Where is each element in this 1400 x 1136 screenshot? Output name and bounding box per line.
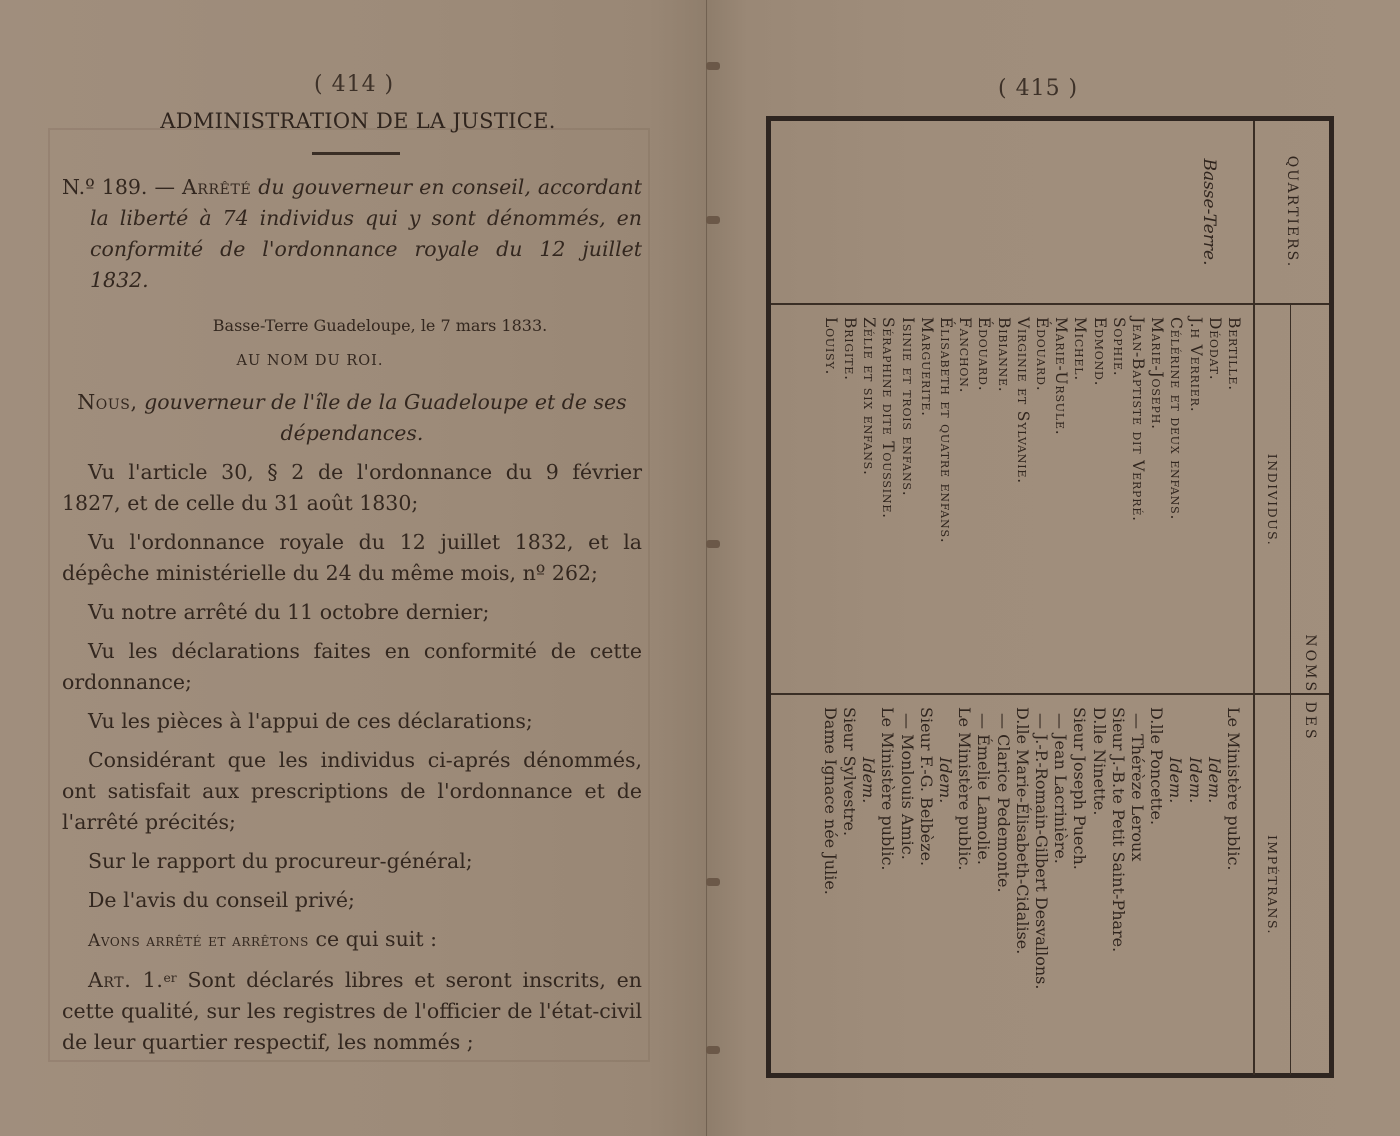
list-item: Sieur J.-B.te Petit Saint-Phare. — [1109, 707, 1128, 1067]
entry-name: Jean Lacrinière. — [1051, 734, 1070, 864]
list-item: Edmond. — [1089, 317, 1108, 687]
list-item: Le Ministère public. — [878, 707, 897, 1067]
entry-name: Monlouis Amic. — [898, 734, 917, 860]
list-item: Idem. — [859, 707, 878, 1067]
list-item: Séraphine dite Toussine. — [878, 317, 897, 687]
entry-name: Marie-Élisabeth-Cidalise. — [1013, 749, 1032, 954]
entry-name: J.-B.te Petit Saint-Phare. — [1109, 756, 1128, 953]
list-item: Édouard. — [974, 317, 993, 687]
list-item: Édouard. — [1032, 317, 1051, 687]
entry-prefix: Dame — [821, 707, 840, 754]
entry-name: Idem. — [1186, 757, 1205, 803]
entry-name: Sylvestre. — [840, 756, 859, 836]
decree-title: N.º 189. — Arrêté du gouverneur en conse… — [62, 172, 642, 296]
entry-prefix: — — [898, 713, 917, 729]
list-item: Zélie et six enfans. — [859, 317, 878, 687]
list-item: Idem. — [1205, 707, 1224, 1067]
list-item: D.lle Marie-Élisabeth-Cidalise. — [1013, 707, 1032, 1067]
binding-stitch — [706, 878, 720, 886]
list-item: Jean-Baptiste dit Verpré. — [1128, 317, 1147, 687]
entry-name: Idem. — [1205, 757, 1224, 803]
enacting-clause: Avons arrêté et arrêtons ce qui suit : — [62, 924, 642, 957]
list-item: Brigite. — [840, 317, 859, 687]
entry-name: Joseph Puech. — [1070, 756, 1089, 870]
entry-prefix: Sieur — [840, 707, 859, 751]
column-quartiers: QUARTIERS. Basse-Terre. — [771, 121, 1329, 303]
list-item: — Monlouis Amic. — [897, 707, 916, 1067]
list-item: Sieur Sylvestre. — [840, 707, 859, 1067]
enacting-lead: Avons arrêté et arrêtons — [88, 931, 309, 951]
list-item: Virginie et Sylvanie. — [1013, 317, 1032, 687]
entry-name: J.-P.-Romain-Gilbert Desvallons. — [1032, 734, 1051, 989]
binding-stitch — [706, 216, 720, 224]
list-item: Michel. — [1070, 317, 1089, 687]
entry-prefix: Sieur — [1070, 707, 1089, 751]
entry-name: Le Ministère public. — [878, 707, 897, 870]
list-item: — Thérèze Leroux — [1128, 707, 1147, 1067]
consideration: Vu les déclarations faites en conformité… — [62, 636, 642, 698]
rotated-table: QUARTIERS. Basse-Terre. NOMS DES INDIVID… — [766, 116, 1334, 1078]
entry-prefix: Sieur — [917, 707, 936, 751]
list-item: Bibianne. — [993, 317, 1012, 687]
article-label: Art. 1. — [88, 968, 164, 992]
list-item: Fanchon. — [955, 317, 974, 687]
list-item: Idem. — [1166, 707, 1185, 1067]
list-item: — Clarice Pedemonte. — [993, 707, 1012, 1067]
consideration: Vu notre arrêté du 11 octobre dernier; — [62, 597, 642, 628]
invocation: AU NOM DU ROI. — [150, 346, 470, 377]
book-spread: ( 414 ) ADMINISTRATION DE LA JUSTICE. N.… — [0, 0, 1400, 1136]
running-head: ADMINISTRATION DE LA JUSTICE. — [158, 109, 558, 133]
entry-name: Clarice Pedemonte. — [994, 734, 1013, 893]
list-item: Bertille. — [1224, 317, 1243, 687]
considerations: Vu l'article 30, § 2 de l'ordonnance du … — [62, 457, 642, 1058]
book-gutter — [706, 0, 717, 1136]
entry-name: Idem. — [859, 757, 878, 803]
entry-name: Thérèze Leroux — [1128, 734, 1147, 861]
list-item: Marguerite. — [917, 317, 936, 687]
entry-name: Poncette. — [1147, 749, 1166, 825]
column-individus: INDIVIDUS. Bertille. Déodat. J.h Verrier… — [771, 303, 1329, 695]
preamble-text: gouverneur de l'île de la Guadeloupe et … — [144, 390, 627, 445]
list-item: Marie-Joseph. — [1147, 317, 1166, 687]
list-item: D.lle Poncette. — [1147, 707, 1166, 1067]
header-impetrans: IMPÉTRANS. — [1253, 695, 1291, 1075]
list-item: Déodat. — [1205, 317, 1224, 687]
consideration: Sur le rapport du procureur-général; — [62, 846, 642, 877]
list-item: Isinie et trois enfans. — [897, 317, 916, 687]
entry-name: Émelie Lamolie. — [974, 734, 993, 865]
consideration: De l'avis du conseil privé; — [62, 885, 642, 916]
entry-prefix: — — [1128, 713, 1147, 729]
list-item: Sophie. — [1109, 317, 1128, 687]
decree-kind: Arrêté — [182, 175, 251, 199]
individus-list: Bertille. Déodat. J.h Verrier. Célérine … — [821, 317, 1243, 687]
binding-stitch — [706, 62, 720, 70]
entry-prefix: D.lle — [1090, 707, 1109, 744]
entry-name: Le Ministère public. — [955, 707, 974, 870]
liberation-table: QUARTIERS. Basse-Terre. NOMS DES INDIVID… — [766, 116, 1334, 1078]
consideration: Vu les pièces à l'appui de ces déclarati… — [62, 706, 642, 737]
entry-name: Ninette. — [1090, 749, 1109, 815]
list-item: Marie-Ursule. — [1051, 317, 1070, 687]
entry-prefix: Sieur — [1109, 707, 1128, 751]
list-item: Dame Ignace née Julie. — [821, 707, 840, 1067]
list-item: Élisabeth et quatre enfans. — [936, 317, 955, 687]
list-item: Idem. — [1185, 707, 1204, 1067]
page-number-left: ( 414 ) — [314, 72, 394, 97]
list-item: Sieur F.-G. Belbèze. — [917, 707, 936, 1067]
list-item: Idem. — [936, 707, 955, 1067]
entry-prefix: — — [1051, 713, 1070, 729]
page-number-right: ( 415 ) — [998, 76, 1078, 101]
quartier-basse-terre: Basse-Terre. — [1199, 121, 1219, 303]
header-individus: INDIVIDUS. — [1253, 305, 1291, 695]
binding-stitch — [706, 1046, 720, 1054]
list-item: Sieur Joseph Puech. — [1070, 707, 1089, 1067]
entry-name: Idem. — [936, 757, 955, 803]
binding-stitch — [706, 540, 720, 548]
entry-name: Ignace née Julie. — [821, 759, 840, 895]
entry-prefix: D.lle — [1147, 707, 1166, 744]
list-item: J.h Verrier. — [1185, 317, 1204, 687]
entry-name: Idem. — [1166, 757, 1185, 803]
header-quartiers: QUARTIERS. — [1253, 121, 1329, 303]
decree-number: N.º 189. — — [62, 175, 175, 199]
list-item: Louisy. — [821, 317, 840, 687]
impetrans-list: Le Ministère public. Idem. Idem. Idem. D… — [821, 707, 1243, 1067]
entry-prefix: — — [974, 713, 993, 729]
enacting-text: ce qui suit : — [316, 927, 437, 951]
consideration: Vu l'ordonnance royale du 12 juillet 183… — [62, 527, 642, 589]
article-1: Art. 1.er Sont déclarés libres et seront… — [62, 965, 642, 1058]
article-sup: er — [164, 971, 177, 985]
consideration: Vu l'article 30, § 2 de l'ordonnance du … — [62, 457, 642, 519]
entry-prefix: — — [1032, 713, 1051, 729]
list-item: Le Ministère public. — [955, 707, 974, 1067]
title-rule — [312, 152, 400, 155]
dateline: Basse-Terre Guadeloupe, le 7 mars 1833. — [150, 310, 610, 341]
entry-name: F.-G. Belbèze. — [917, 756, 936, 867]
preamble: Nous, gouverneur de l'île de la Guadelou… — [62, 387, 642, 449]
entry-prefix: D.lle — [1013, 707, 1032, 744]
list-item: Le Ministère public. — [1224, 707, 1243, 1067]
list-item: — Jean Lacrinière. — [1051, 707, 1070, 1067]
entry-name: Le Ministère public. — [1224, 707, 1243, 870]
entry-prefix: — — [994, 713, 1013, 729]
list-item: — J.-P.-Romain-Gilbert Desvallons. — [1032, 707, 1051, 1067]
list-item: D.lle Ninette. — [1089, 707, 1108, 1067]
preamble-lead: Nous, — [77, 390, 137, 414]
column-impetrans: IMPÉTRANS. Le Ministère public. Idem. Id… — [771, 693, 1329, 1075]
list-item: Célérine et deux enfans. — [1166, 317, 1185, 687]
list-item: — Émelie Lamolie. — [974, 707, 993, 1067]
consideration: Considérant que les individus ci-aprés d… — [62, 745, 642, 838]
